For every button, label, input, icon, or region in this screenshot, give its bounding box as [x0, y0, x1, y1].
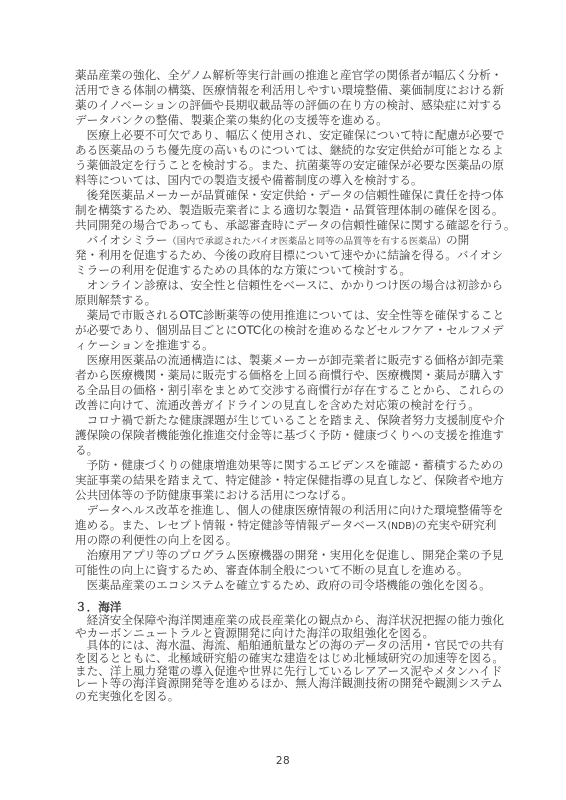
text-line: 制を構築するため、製造販売業者による適切な製造・品質管理体制の確保を図る。	[75, 203, 507, 218]
text-line: う薬価設定を行うことを検討する。また、抗菌薬等の安定確保が必要な医薬品の原	[75, 158, 507, 173]
text-line: 発・利用を促進するため、今後の政府目標について速やかに結論を得る。バイオシ	[75, 248, 507, 263]
text-line: 医療用医薬品の流通構造には、製薬メーカーが卸売業者に販売する価格が卸売業	[75, 353, 507, 368]
text-line: 薬局で市販されるOTC診断薬等の使用推進については、安全性等を確保すること	[75, 308, 507, 323]
text-line: コロナ禍で新たな健康課題が生じていることを踏まえ、保険者努力支援制度や介	[75, 413, 507, 428]
text-line: 進める。また、レセプト情報・特定健診等情報データベース(NDB)の充実や研究利	[75, 518, 507, 533]
text-line: 治療用アプリ等のプログラム医療機器の開発・実用化を促進し、開発企業の予見	[75, 548, 507, 563]
text-line: 実証事業の結果を踏まえて、特定健診・特定保健指導の見直しなど、保険者や地方	[75, 473, 507, 488]
text-line: が必要であり、個別品目ごとにOTC化の検討を進めるなどセルフケア・セルフメデ	[75, 323, 507, 338]
text-line: 料等については、国内での製造支援や備蓄制度の導入を検討する。	[75, 173, 507, 188]
text-line: 用の際の利便性の向上を図る。	[75, 533, 507, 548]
text-line: データヘルス改革を推進し、個人の健康医療情報の利活用に向けた環境整備等を	[75, 503, 507, 518]
text-line: る全品目の価格・割引率をまとめて交渉する商慣行が存在することから、これらの	[75, 383, 507, 398]
text-line: 後発医薬品メーカーが品質確保・安定供給・データの信頼性確保に責任を持つ体	[75, 188, 507, 203]
text-line: を図るとともに、北極域研究船の確実な建造をはじめ北極域研究の加速等を図る。	[75, 652, 507, 665]
document-page: 薬品産業の強化、全ゲノム解析等実行計画の推進と産官学の関係者が幅広く分析・活用で…	[0, 0, 566, 800]
marine-section-text-block: 経済安全保障や海洋関連産業の成長産業化の観点から、海洋状況把握の能力強化やカーボ…	[75, 614, 507, 703]
text-line: る。	[75, 443, 507, 458]
text-line: 薬品産業の強化、全ゲノム解析等実行計画の推進と産官学の関係者が幅広く分析・	[75, 68, 507, 83]
small-text-run: （国内で承認されたバイオ医薬品と同等の品質等を有する医薬品）	[167, 236, 446, 247]
text-line: ィケーションを推進する。	[75, 338, 507, 353]
text-line: 医療上必要不可欠であり、幅広く使用され、安定確保について特に配慮が必要で	[75, 128, 507, 143]
small-text-run: (NDB)	[387, 521, 415, 532]
body-text-block: 薬品産業の強化、全ゲノム解析等実行計画の推進と産官学の関係者が幅広く分析・活用で…	[75, 68, 507, 593]
section-heading-marine: ３．海洋	[75, 600, 507, 614]
text-line: 薬のイノベーションの評価や長期収載品等の評価の在り方の検討、感染症に対する	[75, 98, 507, 113]
page-number: 28	[0, 755, 566, 767]
text-line: 改善に向けて、流通改善ガイドラインの見直しを含めた対応策の検討を行う。	[75, 398, 507, 413]
text-line: の充実強化を図る。	[75, 690, 507, 703]
text-line: バイオシミラー（国内で承認されたバイオ医薬品と同等の品質等を有する医薬品）の開	[75, 233, 507, 248]
text-line: 護保険の保険者機能強化推進交付金等に基づく予防・健康づくりへの支援を推進す	[75, 428, 507, 443]
text-line: 予防・健康づくりの健康増進効果等に関するエビデンスを確認・蓄積するための	[75, 458, 507, 473]
text-line: 原則解禁する。	[75, 293, 507, 308]
text-line: ある医薬品のうち優先度の高いものについては、継続的な安定供給が可能となるよ	[75, 143, 507, 158]
text-line: データバンクの整備、製薬企業の集約化の支援等を進める。	[75, 113, 507, 128]
text-line: 者から医療機関・薬局に販売する価格を上回る商慣行や、医療機関・薬局が購入す	[75, 368, 507, 383]
text-line: ミラーの利用を促進するための具体的な方策について検討する。	[75, 263, 507, 278]
text-line: 可能性の向上に資するため、審査体制全般について不断の見直しを進める。	[75, 563, 507, 578]
text-line: 活用できる体制の構築、医療情報を利活用しやすい環境整備、薬価制度における新	[75, 83, 507, 98]
text-line: オンライン診療は、安全性と信頼性をベースに、かかりつけ医の場合は初診から	[75, 278, 507, 293]
text-line: 医薬品産業のエコシステムを確立するため、政府の司令塔機能の強化を図る。	[75, 578, 507, 593]
text-line: 共同開発の場合であっても、承認審査時にデータの信頼性確保に関する確認を行う。	[75, 218, 507, 233]
text-line: 公共団体等の予防健康事業における活用につなげる。	[75, 488, 507, 503]
text-line: 経済安全保障や海洋関連産業の成長産業化の観点から、海洋状況把握の能力強化	[75, 614, 507, 627]
